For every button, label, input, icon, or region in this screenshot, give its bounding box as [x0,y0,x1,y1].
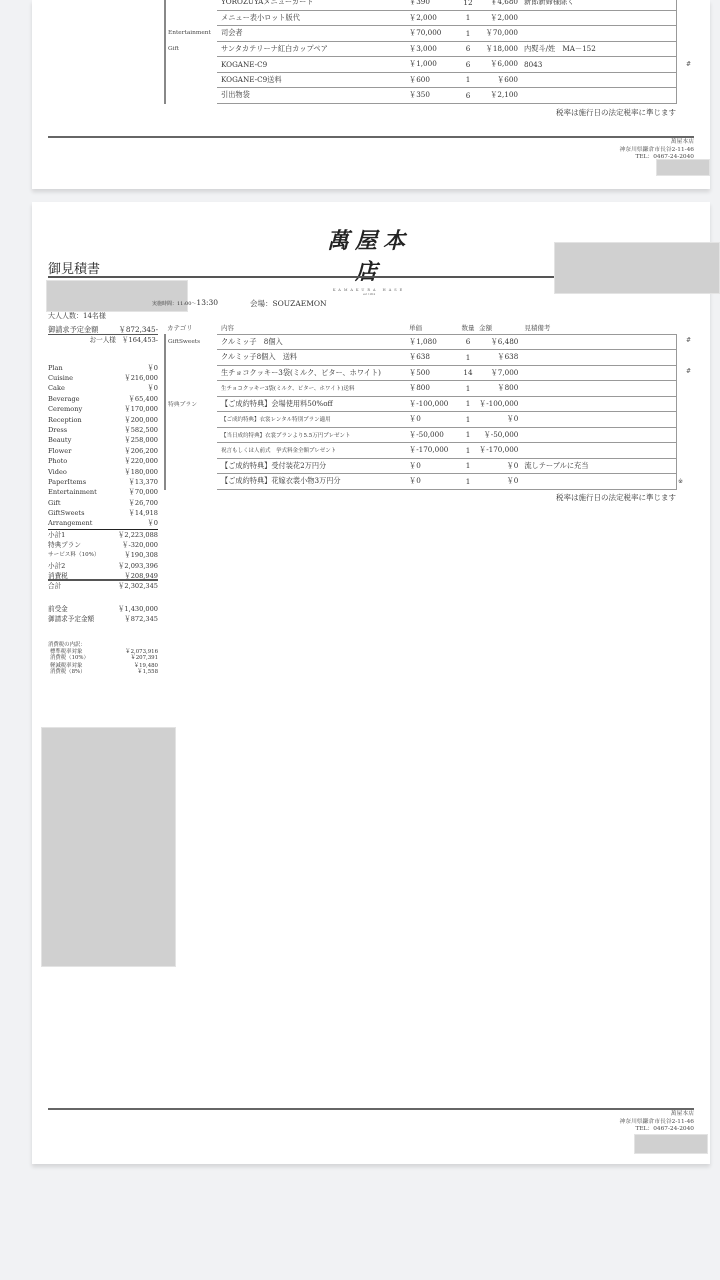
table-row: Entertainment司会者￥70,0001￥70,000 [165,26,677,42]
redacted-block [634,1134,708,1154]
item-qty: 6 [459,334,477,350]
item-qty: 1 [459,72,477,88]
item-unit-price: ￥500 [407,365,459,381]
estimate-page-1: YOROZUYAメニューカード￥39012￥4,680新郎新婦様除くメニュー表小… [32,0,710,189]
item-qty: 1 [459,396,477,412]
summary-value: ￥0 [147,383,158,393]
event-time: 実施時間：11:00～13:30 [152,298,218,307]
item-amount: ￥0 [477,458,520,474]
summary-label: Reception [48,415,82,425]
item-unit-price: ￥2,000 [407,10,459,26]
item-amount: ￥6,480 [477,334,520,350]
item-note [520,443,676,459]
header-unit-price: 単価 [407,322,459,334]
summary-value: ￥-320,000 [122,540,158,550]
item-unit-price: ￥0 [407,474,459,490]
summary-label: 合計 [48,581,61,591]
redacted-block [554,242,720,294]
footer-rule [48,1108,694,1110]
summary-value: ￥2,223,088 [118,530,158,540]
item-amount: ￥7,000 [477,365,520,381]
summary-label: Beauty [48,435,71,445]
table-row: Giftサンタカテリーナ紅白カップペア￥3,0006￥18,000内熨斗/姓 M… [165,41,677,57]
table-row: 生チョコクッキー3袋(ミルク、ビター、ホワイト)送料￥8001￥800 [165,381,677,397]
table-row: KOGANE-C9￥1,0006￥6,0008043 [165,57,677,73]
time-end: 13:30 [196,298,218,307]
table-row: 特典プラン【ご成約特典】会場使用料50%off￥-100,0001￥-100,0… [165,396,677,412]
item-amount: ￥70,000 [477,26,520,42]
summary-value: ￥14,918 [128,508,158,518]
billing-value: ￥872,345- [119,325,158,334]
summary-row: Dress￥582,500 [48,425,158,435]
item-category [165,381,217,397]
per-person: お一人様 ￥164,453- [48,335,158,345]
header-category: カテゴリ [165,322,217,334]
item-description: メニュー表小ロット版代 [217,10,407,26]
summary-row: GiftSweets￥14,918 [48,508,158,518]
summary-row: 小計1￥2,223,088 [48,530,158,540]
summary-row: Video￥180,000 [48,467,158,477]
item-category [165,365,217,381]
item-description: 祝言もしくは人前式 挙式料金全額プレゼント [217,443,407,459]
item-category: Entertainment [165,26,217,42]
summary-row: 小計2￥2,093,396 [48,561,158,571]
payments: 前受金￥1,430,000御請求予定金額￥872,345 [48,604,158,625]
summary-row: Photo￥220,000 [48,456,158,466]
item-note: 流しテーブルに充当 [520,458,676,474]
item-note [520,88,677,104]
item-description: KOGANE-C9送料 [217,72,407,88]
item-description: クルミッ子 8個入 [217,334,407,350]
item-note [520,72,677,88]
item-category [165,412,217,428]
item-unit-price: ￥350 [407,88,459,104]
table-row: KOGANE-C9送料￥6001￥600 [165,72,677,88]
item-unit-price: ￥-100,000 [407,396,459,412]
shop-address: 神奈川県鎌倉市長谷2-11-46 [619,1119,694,1127]
item-qty: 1 [459,381,477,397]
summary-row: Arrangement￥0 [48,518,158,528]
summary-label: 消費税（10%） [50,656,89,662]
table-row: 【ご成約特典】花嫁衣裳小物3万円分￥01￥0 [165,474,677,490]
summary-row: PaperItems￥13,370 [48,477,158,487]
item-unit-price: ￥0 [407,458,459,474]
summary-label: Cake [48,383,65,393]
summary-label: 小計1 [48,530,65,540]
items-table-page-1: YOROZUYAメニューカード￥39012￥4,680新郎新婦様除くメニュー表小… [164,0,677,104]
item-amount: ￥6,000 [477,57,520,73]
item-amount: ￥800 [477,381,520,397]
item-unit-price: ￥-50,000 [407,427,459,443]
category-breakdown: Plan￥0Cuisine￥216,000Cake￥0Beverage￥65,4… [48,363,158,529]
item-note [520,26,677,42]
item-category: 特典プラン [165,396,217,412]
item-description: サンタカテリーナ紅白カップペア [217,41,407,57]
summary-label: Beverage [48,394,80,404]
item-qty: 1 [459,10,477,26]
item-description: 生チョコクッキー3袋(ミルク、ビター、ホワイト)送料 [217,381,407,397]
item-unit-price: ￥600 [407,72,459,88]
header-amount: 金額 [477,322,520,334]
item-qty: 12 [459,0,477,10]
item-qty: 14 [459,365,477,381]
item-unit-price: ￥390 [407,0,459,10]
table-row: 引出物袋￥3506￥2,100 [165,88,677,104]
row-mark: ※ [678,478,683,485]
summary-row: Cuisine￥216,000 [48,373,158,383]
summary-label: Flower [48,446,71,456]
item-description: 【ご成約特典】花嫁衣裳小物3万円分 [217,474,407,490]
summary-value: ￥220,000 [124,456,158,466]
summary-value: ￥216,000 [124,373,158,383]
summary-label: サービス料（10%） [48,550,100,560]
summary-row: 消費税￥208,949 [48,571,158,581]
summary-value: ￥2,093,396 [118,561,158,571]
item-description: 【ご成約特典】会場使用料50%off [217,396,407,412]
item-category: GiftSweets [165,334,217,350]
summary-column: 御請求予定金額 ￥872,345- お一人様 ￥164,453- Plan￥0C… [48,325,158,675]
item-qty: 1 [459,443,477,459]
item-unit-price: ￥0 [407,412,459,428]
item-note [520,412,676,428]
item-unit-price: ￥800 [407,381,459,397]
item-unit-price: ￥638 [407,350,459,366]
item-category [165,0,217,10]
summary-value: ￥207,391 [130,656,158,662]
summary-label: Photo [48,456,67,466]
summary-value: ￥208,949 [124,571,158,579]
table-row: 祝言もしくは人前式 挙式料金全額プレゼント￥-170,0001￥-170,000 [165,443,677,459]
header-note: 見積備考 [520,322,676,334]
summary-row: Cake￥0 [48,383,158,393]
summary-label: Ceremony [48,404,82,414]
shop-address: 神奈川県鎌倉市長谷2-11-46 [619,147,694,155]
totals: 小計1￥2,223,088特典プラン￥-320,000サービス料（10%）￥19… [48,529,158,592]
item-description: 生チョコクッキー3袋(ミルク、ビター、ホワイト) [217,365,407,381]
summary-value: ￥0 [147,363,158,373]
document-title: 御見積書 [48,258,100,277]
item-qty: 1 [459,26,477,42]
table-row: GiftSweetsクルミッ子 8個入￥1,0806￥6,480 [165,334,677,350]
summary-label: Gift [48,498,60,508]
item-qty: 1 [459,412,477,428]
item-unit-price: ￥1,080 [407,334,459,350]
logo-est: est 1904 [314,292,424,296]
item-note [520,334,676,350]
item-note [520,396,676,412]
item-description: 【ご成約特典】受付装花2万円分 [217,458,407,474]
item-category [165,427,217,443]
shop-name: 萬屋本店 [619,1111,694,1119]
redacted-block [656,159,710,176]
summary-value: ￥258,000 [124,435,158,445]
item-note [520,365,676,381]
items-table-page-2: カテゴリ内容単価数量金額見積備考GiftSweetsクルミッ子 8個入￥1,08… [164,322,677,490]
summary-row: Gift￥26,700 [48,498,158,508]
item-description: KOGANE-C9 [217,57,407,73]
summary-row: 消費税（10%）￥207,391 [48,656,158,662]
table-row: 【当日成約特典】衣裳プランより5.5万円プレゼント￥-50,0001￥-50,0… [165,427,677,443]
item-description: YOROZUYAメニューカード [217,0,407,10]
tax-rate-note: 税率は施行日の法定税率に準じます [556,492,676,503]
estimate-page-2: 萬屋本店 KAMAKURA HASE est 1904 御見積書 実施時間：11… [32,202,710,1164]
item-unit-price: ￥70,000 [407,26,459,42]
item-unit-price: ￥-170,000 [407,443,459,459]
summary-value: ￥26,700 [128,498,158,508]
redacted-block [41,727,176,967]
summary-label: Entertainment [48,487,97,497]
summary-value: ￥70,000 [128,487,158,497]
item-amount: ￥4,680 [477,0,520,10]
item-category [165,443,217,459]
summary-row: 消費税（8%）￥1,558 [48,670,158,676]
item-category [165,458,217,474]
summary-label: 御請求予定金額 [48,614,94,624]
billing-total: 御請求予定金額 ￥872,345- [48,325,158,335]
header-description: 内容 [217,322,407,334]
summary-row: Beverage￥65,400 [48,394,158,404]
summary-value: ￥206,200 [124,446,158,456]
summary-label: 小計2 [48,561,65,571]
item-qty: 6 [459,57,477,73]
item-category: Gift [165,41,217,57]
item-category [165,72,217,88]
table-row: YOROZUYAメニューカード￥39012￥4,680新郎新婦様除く [165,0,677,10]
summary-row: 前受金￥1,430,000 [48,604,158,614]
item-amount: ￥0 [477,412,520,428]
item-description: 【ご成約特典】衣裳レンタル特別プラン適用 [217,412,407,428]
summary-label: 消費税 [48,571,68,579]
item-amount: ￥-100,000 [477,396,520,412]
summary-value: ￥170,000 [124,404,158,414]
summary-label: Arrangement [48,518,92,528]
summary-row: Plan￥0 [48,363,158,373]
item-qty: 1 [459,427,477,443]
summary-row: 合計￥2,302,345 [48,581,158,591]
item-note [520,381,676,397]
tax-breakdown: 消費税の内訳： 標準税率対象￥2,073,916消費税（10%）￥207,391… [48,640,158,675]
item-amount: ￥18,000 [477,41,520,57]
summary-row: 特典プラン￥-320,000 [48,540,158,550]
item-category [165,57,217,73]
summary-label: Cuisine [48,373,73,383]
summary-label: Video [48,467,67,477]
summary-value: ￥2,302,345 [118,581,158,591]
shop-tel: TEL：0467-24-2040 [619,1126,694,1134]
table-row: 【ご成約特典】受付装花2万円分￥01￥0流しテーブルに充当 [165,458,677,474]
item-category [165,474,217,490]
footer-rule [48,136,694,138]
item-unit-price: ￥1,000 [407,57,459,73]
summary-row: Flower￥206,200 [48,446,158,456]
summary-row: サービス料（10%）￥190,308 [48,550,158,560]
item-category [165,88,217,104]
summary-label: 特典プラン [48,540,81,550]
item-category [165,10,217,26]
summary-label: Dress [48,425,67,435]
item-note: 内熨斗/姓 MA－152 [520,41,677,57]
summary-value: ￥582,500 [124,425,158,435]
item-unit-price: ￥3,000 [407,41,459,57]
summary-row: 御請求予定金額￥872,345 [48,614,158,624]
item-amount: ￥2,000 [477,10,520,26]
tax-rate-note: 税率は施行日の法定税率に準じます [556,107,676,118]
item-qty: 1 [459,458,477,474]
summary-row: Reception￥200,000 [48,415,158,425]
item-description: 司会者 [217,26,407,42]
summary-value: ￥190,308 [124,550,158,560]
item-note: 新郎新婦様除く [520,0,677,10]
per-person-label: お一人様 [90,335,116,345]
summary-value: ￥1,558 [137,670,158,676]
table-row: クルミッ子8個入 送料￥6381￥638 [165,350,677,366]
item-note [520,10,677,26]
item-amount: ￥-170,000 [477,443,520,459]
per-person-value: ￥164,453- [122,335,158,345]
table-row: メニュー表小ロット版代￥2,0001￥2,000 [165,10,677,26]
item-amount: ￥638 [477,350,520,366]
summary-value: ￥0 [147,518,158,528]
summary-value: ￥872,345 [124,614,158,624]
item-qty: 1 [459,474,477,490]
item-qty: 1 [459,350,477,366]
brand-logo: 萬屋本店 KAMAKURA HASE est 1904 [314,224,424,296]
item-description: クルミッ子8個入 送料 [217,350,407,366]
item-note [520,427,676,443]
summary-value: ￥13,370 [128,477,158,487]
header-qty: 数量 [459,322,477,334]
redacted-block [46,280,188,312]
item-note: 8043 [520,57,677,73]
summary-label: GiftSweets [48,508,84,518]
summary-label: 消費税（8%） [50,670,86,676]
item-description: 引出物袋 [217,88,407,104]
row-mark: # [686,337,691,344]
summary-row: Entertainment￥70,000 [48,487,158,497]
time-label: 実施時間：11:00～ [152,301,196,307]
billing-label: 御請求予定金額 [48,325,98,334]
row-mark: # [686,61,691,68]
item-amount: ￥2,100 [477,88,520,104]
table-row: 【ご成約特典】衣裳レンタル特別プラン適用￥01￥0 [165,412,677,428]
guest-count: 大人人数：14名様 [48,311,106,321]
venue: 会場：SOUZAEMON [250,298,327,309]
title-rule [48,276,554,278]
item-note [520,474,676,490]
summary-value: ￥1,430,000 [118,604,158,614]
item-note [520,350,676,366]
row-mark: # [686,368,691,375]
item-description: 【当日成約特典】衣裳プランより5.5万円プレゼント [217,427,407,443]
summary-row: Ceremony￥170,000 [48,404,158,414]
item-category [165,350,217,366]
summary-value: ￥65,400 [128,394,158,404]
summary-row: Beauty￥258,000 [48,435,158,445]
summary-value: ￥180,000 [124,467,158,477]
summary-label: Plan [48,363,63,373]
summary-label: 前受金 [48,604,68,614]
summary-value: ￥200,000 [124,415,158,425]
item-qty: 6 [459,88,477,104]
table-row: 生チョコクッキー3袋(ミルク、ビター、ホワイト)￥50014￥7,000 [165,365,677,381]
item-qty: 6 [459,41,477,57]
shop-info: 萬屋本店 神奈川県鎌倉市長谷2-11-46 TEL：0467-24-2040 [619,1111,694,1134]
item-amount: ￥0 [477,474,520,490]
item-amount: ￥600 [477,72,520,88]
table-header: カテゴリ内容単価数量金額見積備考 [165,322,677,334]
shop-name: 萬屋本店 [619,139,694,147]
item-amount: ￥-50,000 [477,427,520,443]
summary-label: PaperItems [48,477,86,487]
